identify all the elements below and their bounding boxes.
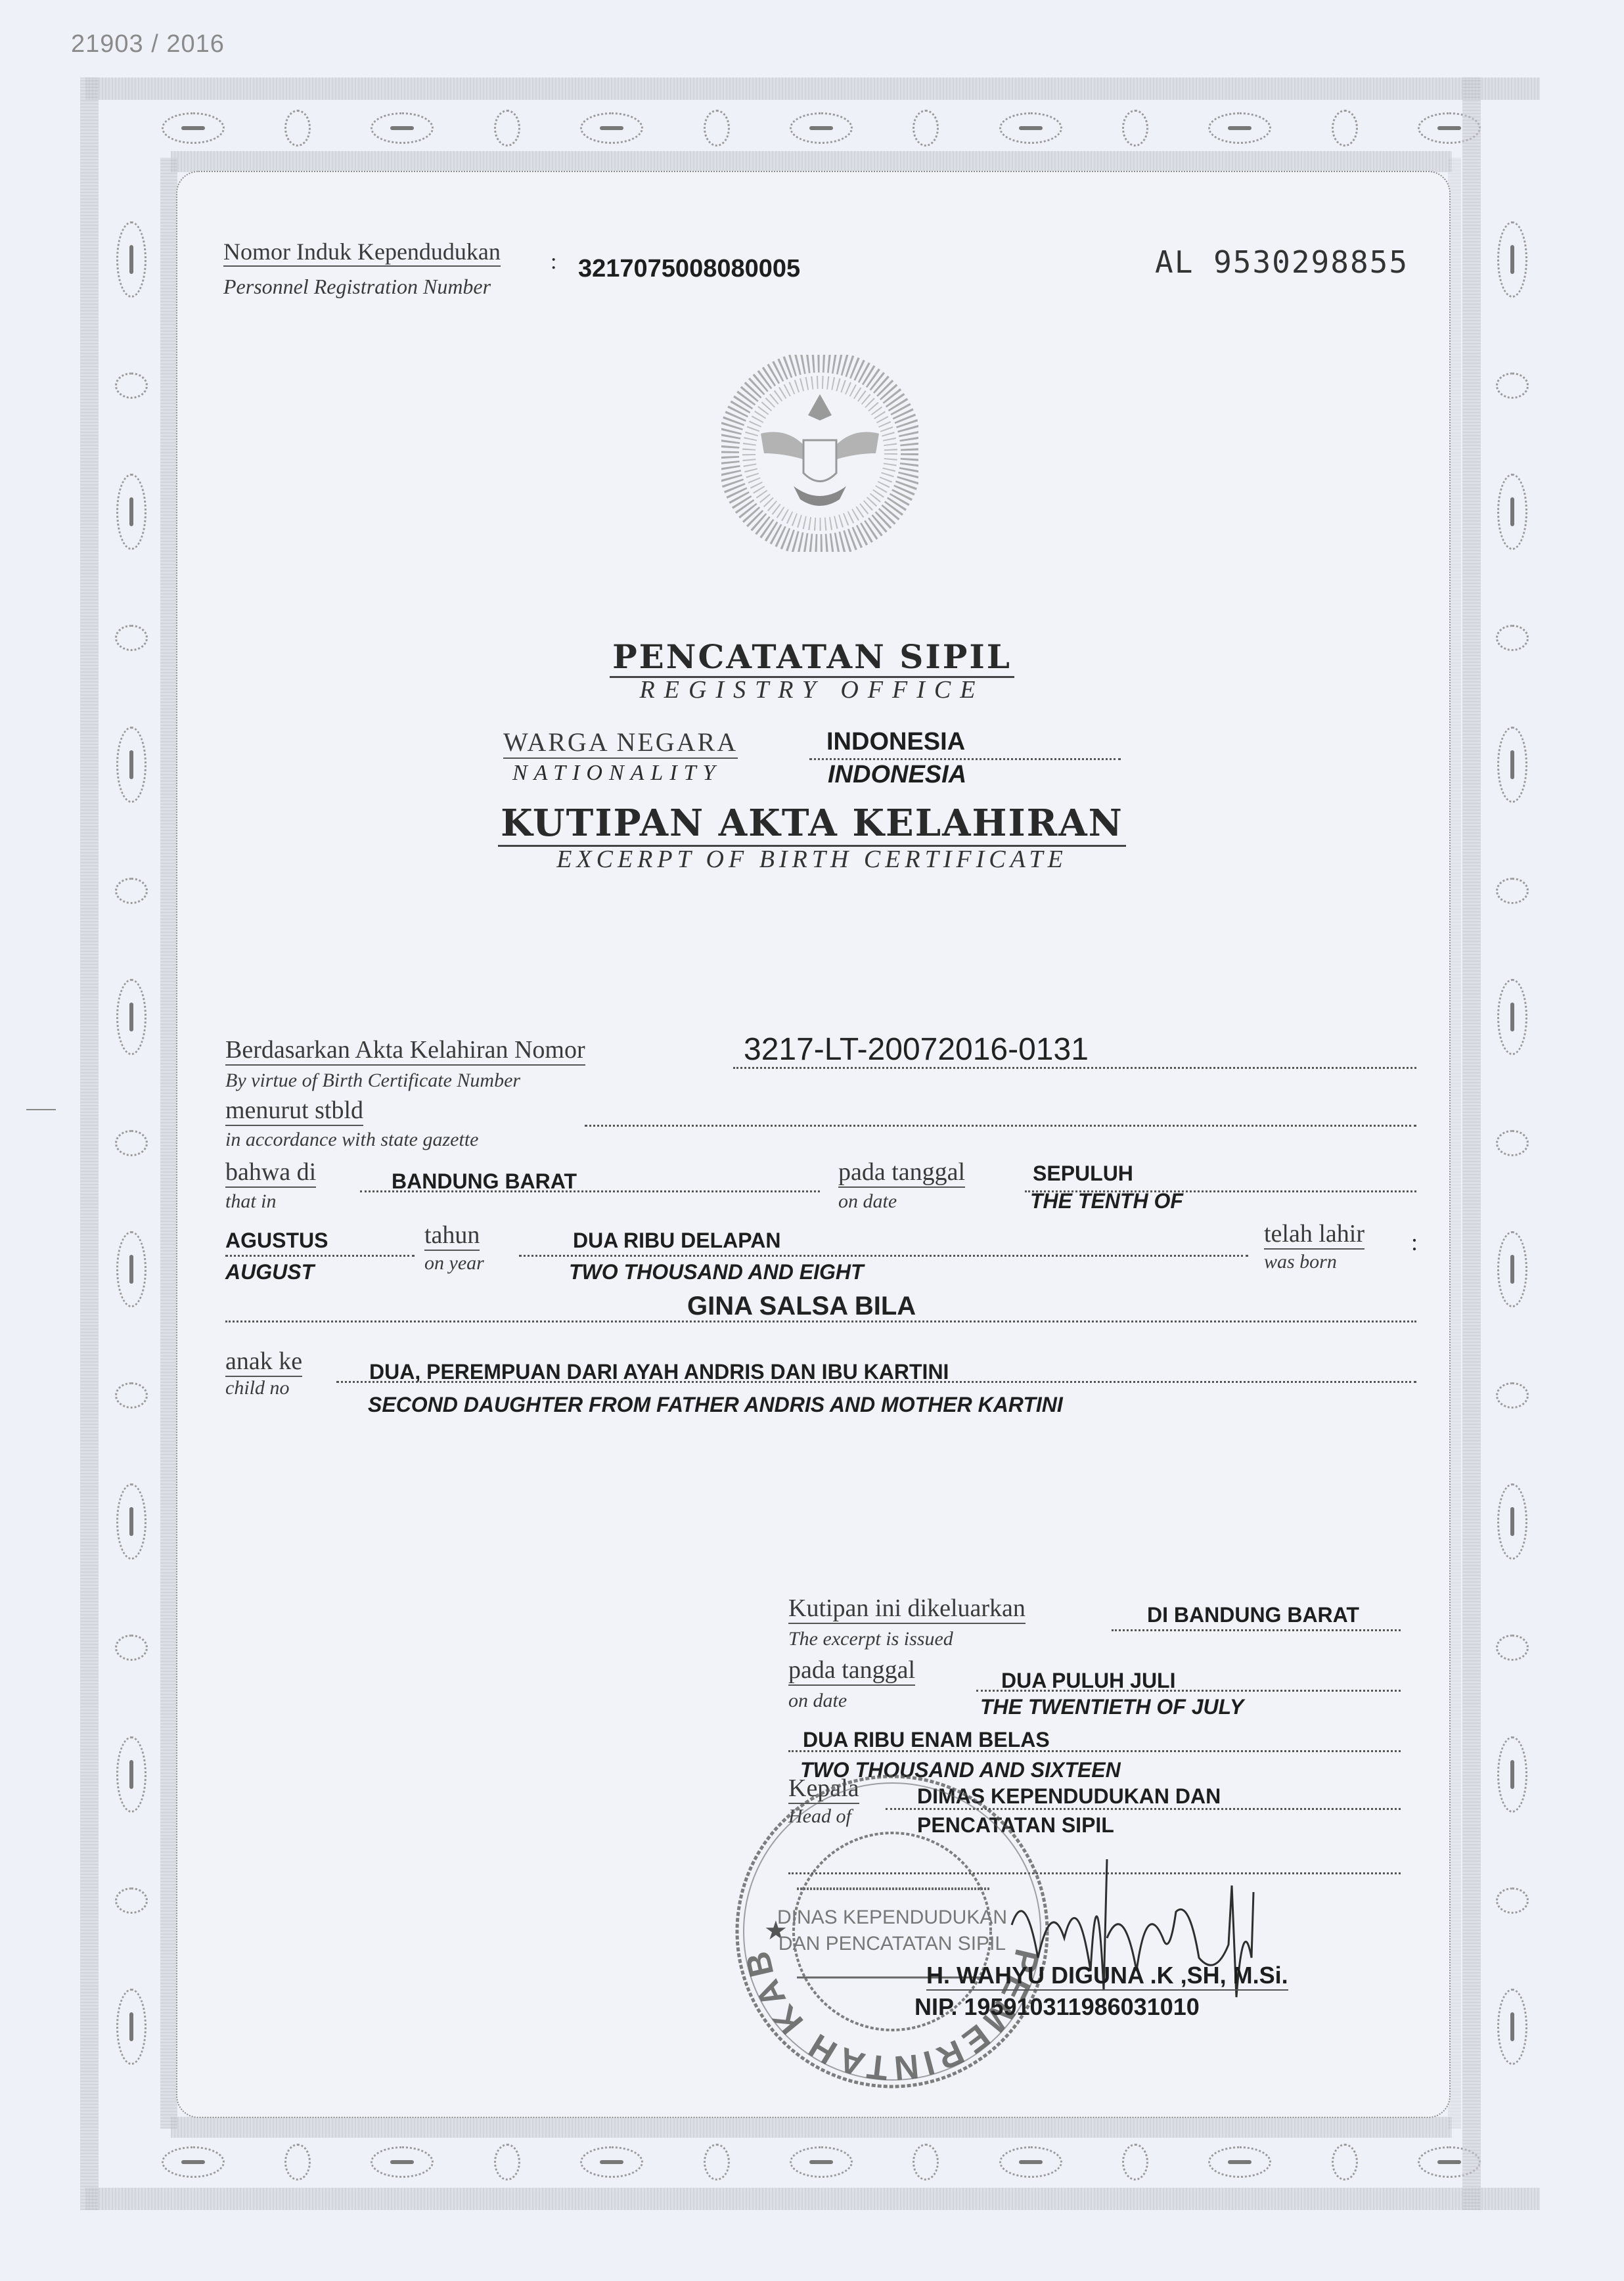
signatory-nip: NIP. 195910311986031010 [914,1993,1200,2021]
born-label: telah lahir [1264,1219,1365,1250]
office-title-en: REGISTRY OFFICE [0,675,1624,704]
cert-number-label: Berdasarkan Akta Kelahiran Nomor [225,1035,585,1066]
birth-month-dotted-line [225,1255,415,1257]
issued-year-value: DUA RIBU ENAM BELAS [803,1728,1050,1752]
issued-place-dotted-line [1112,1629,1401,1631]
issued-date-value-en: THE TWENTIETH OF JULY [980,1695,1244,1719]
birth-date-value: SEPULUH [1033,1162,1133,1186]
birth-date-value-en: THE TENTH OF [1030,1189,1183,1213]
issued-date-dotted-line [976,1690,1401,1692]
stbld-label: menurut stbld [225,1096,363,1126]
serial-number: AL 9530298855 [1155,244,1409,280]
nik-label-en: Personnel Registration Number [223,275,491,299]
issued-date-label-en: on date [788,1690,847,1712]
birth-year-value: DUA RIBU DELAPAN [573,1229,780,1253]
document-title: KUTIPAN AKTA KELAHIRAN [0,802,1624,845]
child-no-value-en: SECOND DAUGHTER FROM FATHER ANDRIS AND M… [368,1393,1063,1417]
nationality-label: WARGA NEGARA [503,727,738,759]
stbld-label-en: in accordance with state gazette [225,1129,478,1151]
document-title-en: EXCERPT OF BIRTH CERTIFICATE [0,845,1624,874]
birth-month-value-en: AUGUST [225,1260,314,1284]
stbld-dotted-line [585,1125,1416,1127]
child-no-label: anak ke [225,1347,302,1377]
nationality-value-en: INDONESIA [828,761,966,789]
office-title: PENCATATAN SIPIL [0,637,1624,676]
born-label-en: was born [1264,1251,1337,1273]
issued-label: Kutipan ini dikeluarkan [788,1594,1026,1624]
issued-place-value: DI BANDUNG BARAT [1147,1603,1359,1627]
birth-date-label: pada tanggal [838,1158,965,1188]
birth-year-label: tahun [424,1221,480,1251]
garuda-emblem-icon [721,355,918,552]
cert-number-value: 3217-LT-20072016-0131 [744,1031,1089,1068]
signatory-name: H. WAHYU DIGUNA .K ,SH, M.Si. [926,1962,1288,1991]
child-no-dotted-line [336,1381,1416,1383]
born-separator: : [1411,1229,1418,1256]
cert-number-label-en: By virtue of Birth Certificate Number [225,1070,520,1092]
issued-year-dotted-line [788,1750,1401,1752]
nik-label: Nomor Induk Kependudukan [223,238,501,267]
child-name-dotted-line [225,1321,1416,1322]
birth-year-value-en: TWO THOUSAND AND EIGHT [569,1260,864,1284]
issued-label-en: The excerpt is issued [788,1628,953,1650]
birth-year-label-en: on year [424,1252,484,1275]
issued-date-label: pada tanggal [788,1656,915,1686]
cert-number-dotted-line [733,1067,1416,1069]
child-name: GINA SALSA BILA [687,1292,916,1321]
svg-text:DAN PENCATATAN SIPIL: DAN PENCATATAN SIPIL [778,1933,1006,1954]
nationality-value: INDONESIA [826,728,965,756]
nationality-dotted-line [809,758,1121,760]
place-label-en: that in [225,1190,277,1213]
place-dotted-line [360,1190,820,1192]
birth-date-label-en: on date [838,1190,897,1213]
nationality-label-en: NATIONALITY [512,761,721,786]
nik-value: 3217075008080005 [578,255,800,283]
child-no-label-en: child no [225,1377,290,1399]
nik-separator: : [551,250,556,275]
birth-month-value: AGUSTUS [225,1229,328,1253]
birth-year-dotted-line [519,1255,1248,1257]
place-label: bahwa di [225,1158,316,1188]
svg-text:DINAS KEPENDUDUKAN: DINAS KEPENDUDUKAN [777,1907,1007,1928]
